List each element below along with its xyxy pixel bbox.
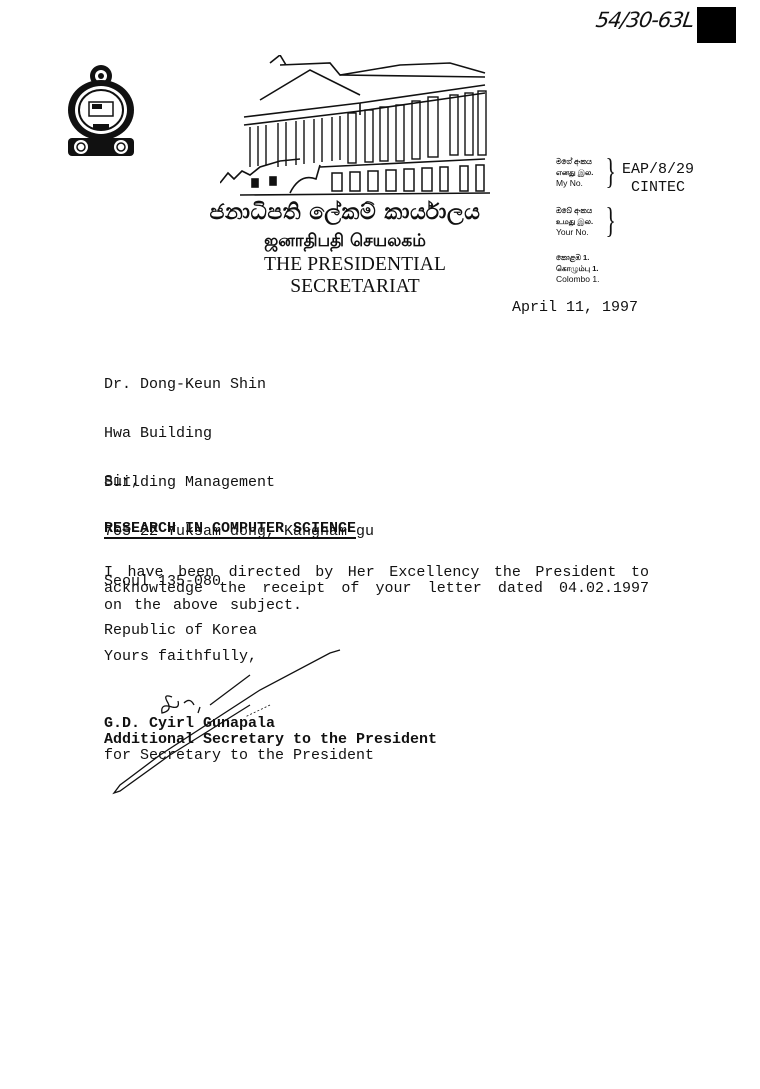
my-no-value: EAP/8/29 CINTEC xyxy=(622,161,694,197)
my-no-label-tamil: எனது இல. xyxy=(556,168,593,179)
salutation: Sir, xyxy=(104,474,140,490)
sri-lanka-national-emblem-icon xyxy=(66,60,136,160)
location-sinhala: කොළඹ 1. xyxy=(556,253,599,264)
presidential-secretariat-building-illustration xyxy=(220,55,490,197)
your-no-label-tamil: உமது இல. xyxy=(556,217,593,228)
location-english: Colombo 1. xyxy=(556,274,599,285)
your-no-label-sinhala: ඔබේ අංකය xyxy=(556,206,593,217)
your-no-label-english: Your No. xyxy=(556,227,593,238)
letter-date: April 11, 1997 xyxy=(512,300,638,316)
my-no-label-sinhala: මගේ අංකය xyxy=(556,157,593,168)
closing: Yours faithfully, xyxy=(104,649,257,665)
recipient-line: Republic of Korea xyxy=(104,623,374,639)
letterhead-title-sinhala: ජනාධිපති ලේකම් කාර්යාලය xyxy=(205,200,485,225)
letter-body: I have been directed by Her Excellency t… xyxy=(104,565,649,614)
my-no-label-english: My No. xyxy=(556,178,593,189)
recipient-line: Building Management xyxy=(104,475,374,491)
redaction-block xyxy=(697,7,736,43)
signer-for: for Secretary to the President xyxy=(104,748,374,764)
letterhead-title-english: THE PRESIDENTIAL SECRETARIAT xyxy=(200,254,510,298)
recipient-line: Hwa Building xyxy=(104,426,374,442)
your-no-brace: } xyxy=(605,205,615,235)
handwritten-file-reference: 54/30-63L xyxy=(594,8,695,32)
my-no-value-line1: EAP/8/29 xyxy=(622,161,694,178)
signer-title: Additional Secretary to the President xyxy=(104,732,437,748)
letterhead-title-tamil: ஜனாதிபதி செயலகம் xyxy=(205,231,485,253)
my-no-value-line2: CINTEC xyxy=(631,179,685,196)
your-no-label-block: ඔබේ අංකය உமது இல. Your No. xyxy=(556,206,593,238)
recipient-line: Dr. Dong-Keun Shin xyxy=(104,377,374,393)
signer-name: G.D. Cyirl Gunapala xyxy=(104,716,275,732)
my-no-label-block: මගේ අංකය எனது இல. My No. xyxy=(556,157,593,189)
my-no-brace: } xyxy=(605,156,615,186)
location-block: කොළඹ 1. கொழும்பு 1. Colombo 1. xyxy=(556,253,599,285)
location-tamil: கொழும்பு 1. xyxy=(556,264,599,275)
subject-heading: RESEARCH IN COMPUTER SCIENCE xyxy=(104,521,356,539)
